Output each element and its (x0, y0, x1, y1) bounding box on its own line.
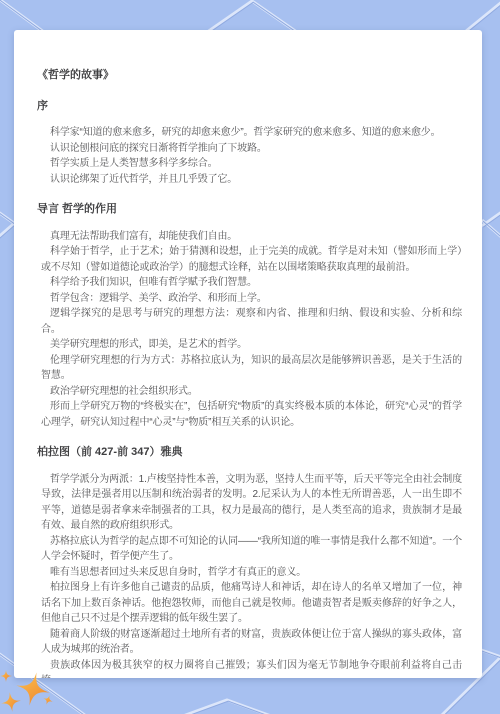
paragraph: 苏格拉底认为哲学的起点即不可知论的认同——“我所知道的唯一事情是我什么都不知道”… (41, 534, 462, 565)
paragraph: 科学始于哲学，止于艺术；始于猜测和设想，止于完美的成就。哲学是对未知（譬如形而上… (41, 244, 462, 275)
page-background: 《哲学的故事》 序 科学家“知道的愈来愈多，研究的却愈来愈少”。哲学家研究的愈来… (0, 0, 500, 714)
paragraph: 形而上学研究万物的“终极实在”，包括研究“物质”的真实终极本质的本体论，研究“心… (41, 399, 462, 430)
paragraph: 认识论绑架了近代哲学，并且几乎毁了它。 (41, 172, 462, 188)
section-heading-introduction: 导言 哲学的作用 (37, 202, 462, 218)
paragraph: 贵族政体因为极其狭窄的权力圈将自己摧毁；寡头们因为毫无节制地争夺眼前利益将自己击… (41, 658, 462, 679)
section-heading-plato: 柏拉图（前 427-前 347）雅典 (37, 445, 462, 461)
paragraph: 哲学学派分为两派：1.卢梭坚持性本善，文明为恶，坚持人生而平等，后天平等完全由社… (41, 472, 462, 534)
paragraph: 随着商人阶级的财富逐渐超过土地所有者的财富，贵族政体便让位于富人操纵的寡头政体，… (41, 627, 462, 658)
paragraph: 美学研究理想的形式，即美，是艺术的哲学。 (41, 337, 462, 353)
paragraph: 政治学研究理想的社会组织形式。 (41, 384, 462, 400)
page-title: 《哲学的故事》 (37, 68, 462, 84)
paragraph: 柏拉图身上有许多他自己谴责的品质，他痛骂诗人和神话，却在诗人的名单又增加了一位，… (41, 580, 462, 627)
document-card: 《哲学的故事》 序 科学家“知道的愈来愈多，研究的却愈来愈少”。哲学家研究的愈来… (14, 30, 482, 678)
section-heading-preface: 序 (37, 99, 462, 115)
paragraph: 唯有当思想者回过头来反思自身时，哲学才有真正的意义。 (41, 565, 462, 581)
paragraph: 哲学实质上是人类智慧多科学多综合。 (41, 156, 462, 172)
paragraph: 哲学包含：逻辑学、美学、政治学、和形而上学。 (41, 291, 462, 307)
paragraph: 伦理学研究理想的行为方式：苏格拉底认为，知识的最高层次是能够辨识善恶，是关于生活… (41, 353, 462, 384)
paragraph: 逻辑学探究的是思考与研究的理想方法：观察和内省、推理和归纳、假设和实验、分析和综… (41, 306, 462, 337)
paragraph: 认识论刨根问底的探究日渐将哲学推向了下坡路。 (41, 141, 462, 157)
document-content: 《哲学的故事》 序 科学家“知道的愈来愈多，研究的却愈来愈少”。哲学家研究的愈来… (14, 30, 482, 678)
paragraph: 真理无法帮助我们富有，却能使我们自由。 (41, 229, 462, 245)
paragraph: 科学家“知道的愈来愈多，研究的却愈来愈少”。哲学家研究的愈来愈多、知道的愈来愈少… (41, 125, 462, 141)
paragraph: 科学给予我们知识，但唯有哲学赋予我们智慧。 (41, 275, 462, 291)
